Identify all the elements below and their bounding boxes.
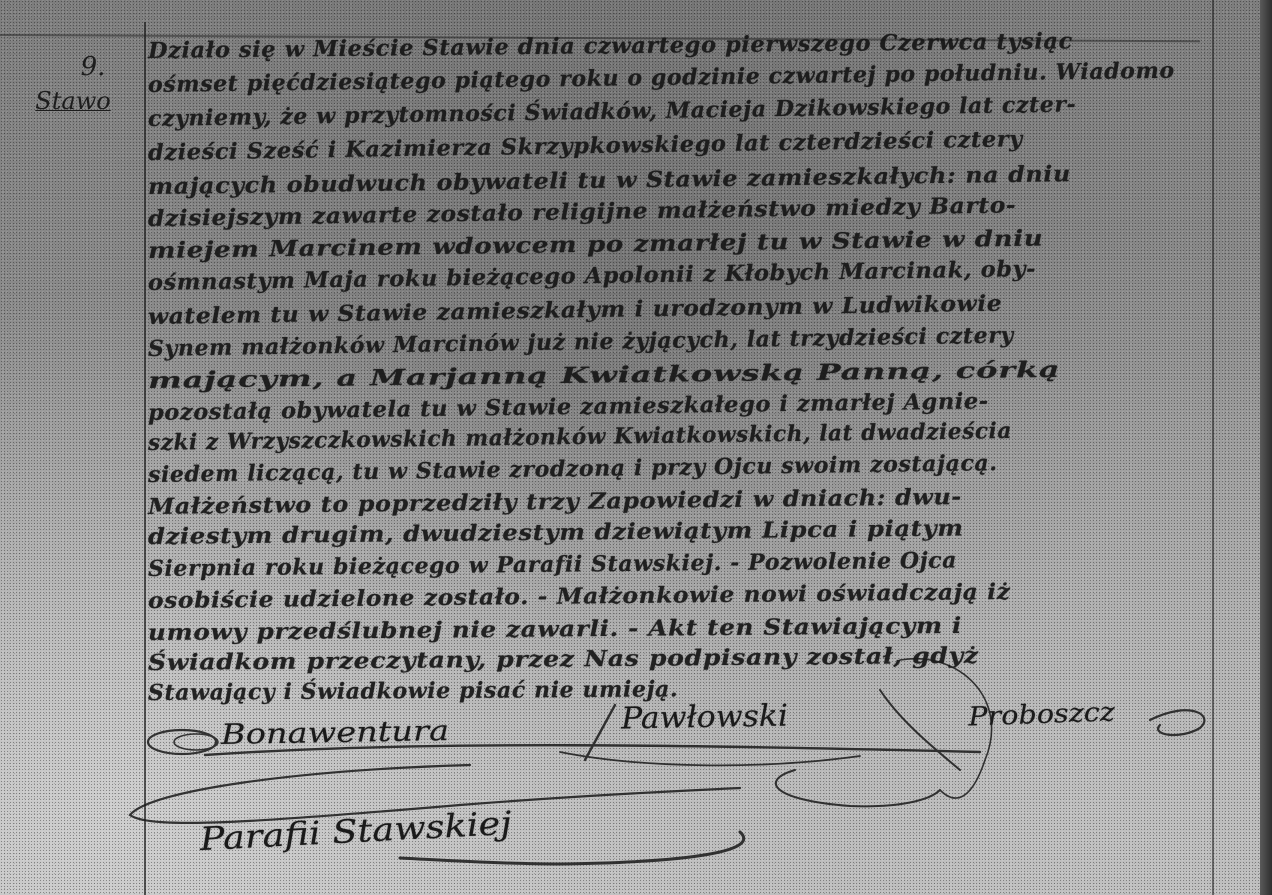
signature-bonawentura: Bonawentura	[221, 714, 450, 751]
scanned-document-page: 9. Stawo Działo się w Mieście Stawie dni…	[0, 0, 1272, 895]
signature-pawlowski: Pawłowski	[621, 699, 789, 737]
signature-proboszcz: Proboszcz	[968, 697, 1115, 732]
signature-block: Bonawentura Pawłowski Proboszcz Parafii …	[0, 0, 1272, 895]
signature-flourishes	[0, 0, 1272, 895]
signature-parish: Parafii Stawskiej	[199, 804, 513, 858]
